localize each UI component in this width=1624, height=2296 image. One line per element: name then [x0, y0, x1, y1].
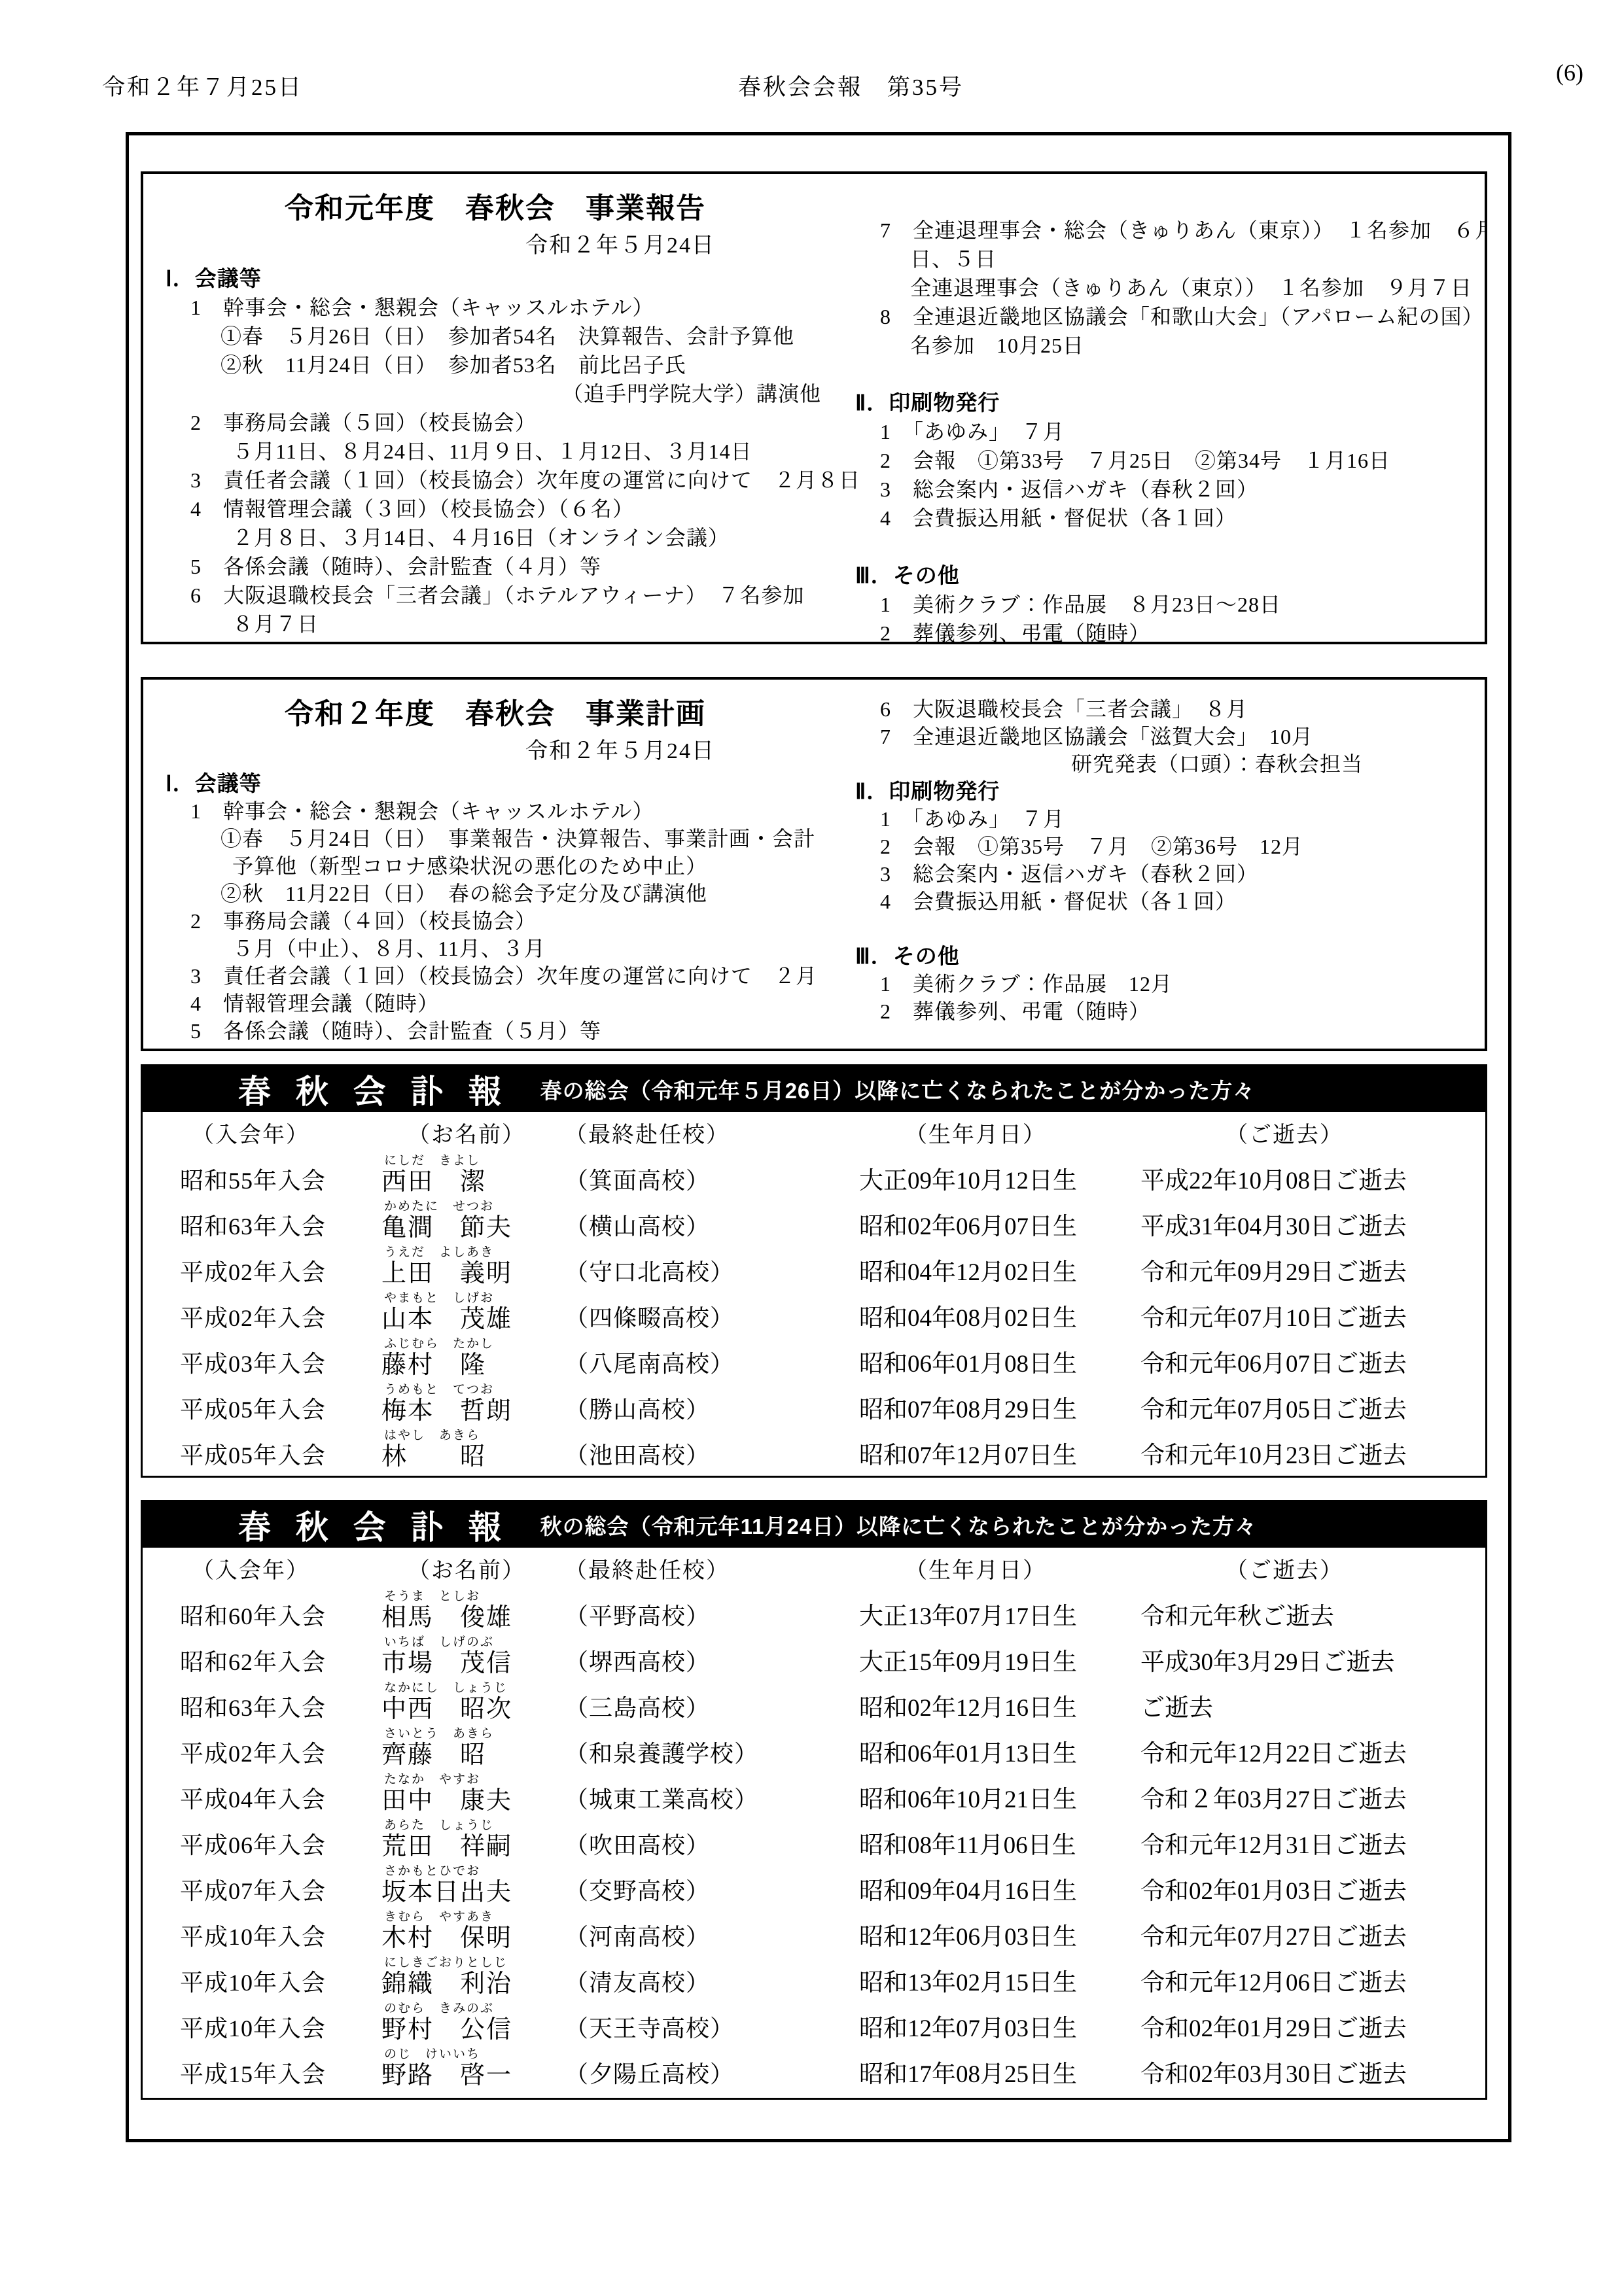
obituary-spring-rows: 昭和55年入会 にしだ きよし 西田 潔 （箕面高校） 大正09年10月12日生… [143, 1153, 1485, 1473]
member-death-date: 令和元年07月10日ご逝去 [1140, 1298, 1485, 1336]
member-name-furigana: さかもとひでお [381, 1864, 565, 1879]
plan-line: 1 美術クラブ：作品展 12月 [855, 970, 1468, 998]
member-join-year: 昭和62年入会 [143, 1644, 381, 1680]
member-death-date: 令和02年01月29日ご逝去 [1140, 2008, 1485, 2046]
report-title: 令和元年度 春秋会 事業報告 [166, 190, 825, 230]
member-last-school: （夕陽丘高校） [565, 2056, 859, 2092]
obituary-row: 平成05年入会 はやし あきら 林 昭 （池田高校） 昭和07年12月07日生 … [143, 1427, 1485, 1473]
member-birth-date: 昭和08年11月06日生 [859, 1825, 1140, 1863]
column-header: （最終赴任校） [565, 1552, 859, 1584]
member-last-school: （池田高校） [565, 1437, 859, 1473]
obituary-row: 昭和63年入会 かめたに せつお 亀澗 節夫 （横山高校） 昭和02年06月07… [143, 1198, 1485, 1244]
business-report-box: 令和元年度 春秋会 事業報告 令和２年５月24日 Ⅰ．会議等 1 幹事会・総会・… [141, 171, 1487, 644]
member-last-school: （四條畷高校） [565, 1300, 859, 1336]
column-header: （ご逝去） [1140, 1117, 1485, 1149]
report-line [855, 360, 1468, 389]
plan-line: Ⅲ．その他 [855, 943, 1468, 970]
report-line: 名参加 10月25日 [855, 331, 1468, 360]
member-last-school: （河南高校） [565, 1919, 859, 1955]
report-line: 全連退理事会（きゅりあん（東京）） １名参加 ９月７日 [855, 273, 1468, 302]
member-last-school: （平野高校） [565, 1598, 859, 1634]
member-last-school: （和泉養護学校） [565, 1735, 859, 1771]
obituary-row: 平成05年入会 うめもと てつお 梅本 哲朗 （勝山高校） 昭和07年08月29… [143, 1382, 1485, 1427]
member-birth-date: 昭和02年12月16日生 [859, 1688, 1140, 1726]
member-name-furigana: のむら きみのぶ [381, 2001, 565, 2016]
plan-line: 1 幹事会・総会・懇親会（キャッスルホテル） [166, 797, 825, 825]
member-join-year: 昭和60年入会 [143, 1598, 381, 1634]
report-line: 7 全連退理事会・総会（きゅりあん（東京）） １名参加 ６月４ [855, 216, 1468, 245]
member-last-school: （城東工業高校） [565, 1781, 859, 1817]
obituary-banner-title: 春 秋 会 訃 報 [238, 1066, 509, 1113]
member-name: 藤村 隆 [381, 1351, 565, 1379]
column-header: （入会年） [143, 1552, 381, 1584]
report-columns: 令和元年度 春秋会 事業報告 令和２年５月24日 Ⅰ．会議等 1 幹事会・総会・… [143, 174, 1485, 644]
obituary-row: 昭和62年入会 いちば しげのぶ 市場 茂信 （堺西高校） 大正15年09月19… [143, 1634, 1485, 1680]
plan-line: 2 葬儀参列、弔電（随時） [855, 998, 1468, 1025]
column-header: （入会年） [143, 1117, 381, 1149]
member-birth-date: 昭和09年04月16日生 [859, 1871, 1140, 1909]
report-left-column: 令和元年度 春秋会 事業報告 令和２年５月24日 Ⅰ．会議等 1 幹事会・総会・… [166, 190, 825, 644]
obituary-banner-title: 春 秋 会 訃 報 [238, 1501, 509, 1548]
member-last-school: （勝山高校） [565, 1391, 859, 1427]
member-name-cell: かめたに せつお 亀澗 節夫 [381, 1199, 565, 1244]
plan-line: 4 情報管理会議（随時） [166, 990, 825, 1017]
report-line: ２月８日、３月14日、４月16日（オンライン会議） [166, 523, 825, 552]
member-birth-date: 昭和07年08月29日生 [859, 1389, 1140, 1427]
member-name-cell: うえだ よしあき 上田 義明 [381, 1245, 565, 1290]
member-death-date: 令和元年07月05日ご逝去 [1140, 1389, 1485, 1427]
member-join-year: 平成05年入会 [143, 1437, 381, 1473]
plan-line: 6 大阪退職校長会「三者会議」 ８月 [855, 695, 1468, 723]
plan-date: 令和２年５月24日 [166, 736, 825, 770]
report-line: 日、５日 [855, 245, 1468, 273]
report-date: 令和２年５月24日 [166, 230, 825, 264]
report-line: 5 各係会議（随時）、会計監査（４月）等 [166, 552, 825, 581]
member-join-year: 平成02年入会 [143, 1300, 381, 1336]
member-join-year: 平成10年入会 [143, 1919, 381, 1955]
member-death-date: 令和02年03月30日ご逝去 [1140, 2054, 1485, 2092]
member-name-cell: うめもと てつお 梅本 哲朗 [381, 1382, 565, 1427]
plan-title: 令和２年度 春秋会 事業計画 [166, 695, 825, 736]
obituary-row: 平成04年入会 たなか やすお 田中 康夫 （城東工業高校） 昭和06年10月2… [143, 1771, 1485, 1817]
member-name-furigana: そうま としお [381, 1589, 565, 1604]
member-name-cell: いちば しげのぶ 市場 茂信 [381, 1635, 565, 1680]
member-name-furigana: ふじむら たかし [381, 1336, 565, 1351]
member-name-cell: のじ けいいち 野路 啓一 [381, 2047, 565, 2092]
member-name-furigana: たなか やすお [381, 1772, 565, 1787]
member-name: 木村 保明 [381, 1924, 565, 1952]
plan-line: 3 責任者会議（１回）（校長協会）次年度の運営に向けて ２月 [166, 962, 825, 990]
report-line: 1 「あゆみ」 ７月 [855, 417, 1468, 446]
report-line: 4 会費振込用紙・督促状（各１回） [855, 504, 1468, 532]
member-death-date: 令和元年12月31日ご逝去 [1140, 1825, 1485, 1863]
newsletter-page: 令和２年７月25日 春秋会会報 第35号 (6) 令和元年度 春秋会 事業報告 … [0, 0, 1624, 2296]
member-name: 中西 昭次 [381, 1696, 565, 1723]
member-name: 山本 茂雄 [381, 1306, 565, 1333]
obituary-autumn-banner: 春 秋 会 訃 報 秋の総会（令和元年11月24日）以降に亡くなられたことが分か… [143, 1502, 1485, 1548]
report-line: ８月７日 [166, 610, 825, 638]
member-join-year: 平成04年入会 [143, 1781, 381, 1817]
issue-date: 令和２年７月25日 [102, 69, 303, 102]
report-line: 2 葬儀参列、弔電（随時） [855, 619, 1468, 644]
member-name-cell: きむら やすあき 木村 保明 [381, 1909, 565, 1955]
obituary-row: 昭和55年入会 にしだ きよし 西田 潔 （箕面高校） 大正09年10月12日生… [143, 1153, 1485, 1198]
report-line: （追手門学院大学）講演他 [166, 379, 825, 408]
member-join-year: 平成05年入会 [143, 1391, 381, 1427]
obituary-row: 平成02年入会 さいとう あきら 齊藤 昭 （和泉養護学校） 昭和06年01月1… [143, 1726, 1485, 1771]
member-birth-date: 昭和07年12月07日生 [859, 1435, 1140, 1473]
obituary-row: 平成07年入会 さかもとひでお 坂本日出夫 （交野高校） 昭和09年04月16日… [143, 1863, 1485, 1909]
member-name-furigana: さいとう あきら [381, 1726, 565, 1741]
member-name-furigana: のじ けいいち [381, 2047, 565, 2062]
column-header: （生年月日） [859, 1117, 1140, 1149]
member-name-cell: にしきごおりとしじ 錦織 利治 [381, 1955, 565, 2000]
member-name: 西田 潔 [381, 1168, 565, 1196]
report-line: 3 総会案内・返信ハガキ（春秋２回） [855, 475, 1468, 504]
obituary-spring-column-headers: （入会年） （お名前） （最終赴任校） （生年月日） （ご逝去） [143, 1112, 1485, 1153]
report-line: Ⅰ．会議等 [166, 264, 825, 293]
member-join-year: 平成10年入会 [143, 1964, 381, 2000]
member-death-date: 令和元年10月23日ご逝去 [1140, 1435, 1485, 1473]
member-join-year: 昭和55年入会 [143, 1162, 381, 1198]
member-death-date: 平成30年3月29日ご逝去 [1140, 1642, 1485, 1680]
report-line [855, 532, 1468, 561]
member-name-furigana: にしだ きよし [381, 1153, 565, 1168]
member-name: 市場 茂信 [381, 1650, 565, 1677]
member-name-furigana: にしきごおりとしじ [381, 1955, 565, 1970]
obituary-spring-banner: 春 秋 会 訃 報 春の総会（令和元年５月26日）以降に亡くなられたことが分かっ… [143, 1066, 1485, 1112]
plan-line: 研究発表（口頭）：春秋会担当 [855, 750, 1468, 778]
obituary-banner-subtitle: 春の総会（令和元年５月26日）以降に亡くなられたことが分かった方々 [540, 1074, 1256, 1105]
member-join-year: 平成02年入会 [143, 1735, 381, 1771]
member-death-date: 令和02年01月03日ご逝去 [1140, 1871, 1485, 1909]
obituary-row: 平成10年入会 にしきごおりとしじ 錦織 利治 （清友高校） 昭和13年02月1… [143, 1955, 1485, 2000]
member-last-school: （箕面高校） [565, 1162, 859, 1198]
member-name-cell: さかもとひでお 坂本日出夫 [381, 1864, 565, 1909]
obituary-row: 平成06年入会 あらた しょうじ 荒田 祥嗣 （吹田高校） 昭和08年11月06… [143, 1817, 1485, 1863]
member-name-furigana: きむら やすあき [381, 1909, 565, 1924]
member-name-furigana: なかにし しょうじ [381, 1680, 565, 1696]
member-join-year: 平成02年入会 [143, 1254, 381, 1290]
member-name: 野村 公信 [381, 2016, 565, 2044]
plan-line: Ⅱ．印刷物発行 [855, 778, 1468, 805]
member-join-year: 昭和63年入会 [143, 1208, 381, 1244]
member-birth-date: 大正13年07月17日生 [859, 1596, 1140, 1634]
report-line: Ⅱ．印刷物発行 [855, 389, 1468, 417]
member-name: 亀澗 節夫 [381, 1214, 565, 1242]
obituary-banner-subtitle: 秋の総会（令和元年11月24日）以降に亡くなられたことが分かった方々 [540, 1510, 1258, 1540]
member-name-cell: にしだ きよし 西田 潔 [381, 1153, 565, 1198]
member-last-school: （横山高校） [565, 1208, 859, 1244]
report-line: 2 会報 ①第33号 ７月25日 ②第34号 １月16日 [855, 446, 1468, 475]
plan-line: Ⅰ．会議等 [166, 770, 825, 797]
member-birth-date: 昭和02年06月07日生 [859, 1206, 1140, 1244]
obituary-autumn-section: 春 秋 会 訃 報 秋の総会（令和元年11月24日）以降に亡くなられたことが分か… [141, 1500, 1487, 2100]
member-name-furigana: うめもと てつお [381, 1382, 565, 1397]
plan-right-column: 6 大阪退職校長会「三者会議」 ８月 7 全連退近畿地区協議会「滋賀大会」 10… [855, 695, 1468, 1045]
plan-line [855, 915, 1468, 943]
column-header: （ご逝去） [1140, 1552, 1485, 1584]
report-line: ５月11日、８月24日、11月９日、１月12日、３月14日 [166, 437, 825, 466]
member-birth-date: 昭和06年01月13日生 [859, 1733, 1140, 1771]
obituary-row: 平成10年入会 きむら やすあき 木村 保明 （河南高校） 昭和12年06月03… [143, 1909, 1485, 1955]
column-header: （最終赴任校） [565, 1117, 859, 1149]
member-birth-date: 昭和12年06月03日生 [859, 1917, 1140, 1955]
report-right-column: 7 全連退理事会・総会（きゅりあん（東京）） １名参加 ６月４ 日、５日 全連退… [855, 190, 1468, 644]
member-name: 荒田 祥嗣 [381, 1833, 565, 1860]
report-line: 3 責任者会議（１回）（校長協会）次年度の運営に向けて ２月８日 [166, 466, 825, 495]
member-last-school: （守口北高校） [565, 1254, 859, 1290]
member-birth-date: 昭和17年08月25日生 [859, 2054, 1140, 2092]
member-name-furigana: あらた しょうじ [381, 1818, 565, 1833]
member-name: 梅本 哲朗 [381, 1397, 565, 1425]
report-line: 8 全連退近畿地区協議会「和歌山大会」（アパローム紀の国） ６ [855, 302, 1468, 331]
member-name: 相馬 俊雄 [381, 1604, 565, 1631]
member-last-school: （堺西高校） [565, 1644, 859, 1680]
member-name-furigana: はやし あきら [381, 1428, 565, 1443]
member-last-school: （吹田高校） [565, 1827, 859, 1863]
obituary-row: 平成03年入会 ふじむら たかし 藤村 隆 （八尾南高校） 昭和06年01月08… [143, 1336, 1485, 1382]
member-birth-date: 昭和04年12月02日生 [859, 1252, 1140, 1290]
member-join-year: 昭和63年入会 [143, 1690, 381, 1726]
member-name-furigana: やまもと しげお [381, 1291, 565, 1306]
report-line: 4 情報管理会議（３回）（校長協会）（６名） [166, 495, 825, 523]
member-birth-date: 昭和06年10月21日生 [859, 1779, 1140, 1817]
member-death-date: 令和元年06月07日ご逝去 [1140, 1344, 1485, 1382]
plan-line: 1 「あゆみ」 ７月 [855, 805, 1468, 833]
member-name: 上田 義明 [381, 1260, 565, 1287]
plan-line: 5 各係会議（随時）、会計監査（５月）等 [166, 1017, 825, 1045]
report-line: ②秋 11月24日（日） 参加者53名 前比呂子氏 [166, 351, 825, 379]
member-name-cell: はやし あきら 林 昭 [381, 1428, 565, 1473]
member-name-cell: あらた しょうじ 荒田 祥嗣 [381, 1818, 565, 1863]
column-header: （生年月日） [859, 1552, 1140, 1584]
member-name: 林 昭 [381, 1443, 565, 1470]
member-name-cell: やまもと しげお 山本 茂雄 [381, 1291, 565, 1336]
member-death-date: 令和元年09月29日ご逝去 [1140, 1252, 1485, 1290]
member-name: 坂本日出夫 [381, 1879, 565, 1906]
report-line: 2 事務局会議（５回）（校長協会） [166, 408, 825, 437]
plan-columns: 令和２年度 春秋会 事業計画 令和２年５月24日 Ⅰ．会議等 1 幹事会・総会・… [143, 680, 1485, 1045]
report-line: 1 美術クラブ：作品展 ８月23日～28日 [855, 590, 1468, 619]
page-number: (6) [1556, 59, 1583, 86]
member-last-school: （交野高校） [565, 1873, 859, 1909]
report-line: 1 幹事会・総会・懇親会（キャッスルホテル） [166, 293, 825, 322]
report-line: Ⅲ．その他 [855, 561, 1468, 590]
member-birth-date: 昭和04年08月02日生 [859, 1298, 1140, 1336]
plan-line: 2 会報 ①第35号 ７月 ②第36号 12月 [855, 833, 1468, 860]
member-join-year: 平成03年入会 [143, 1346, 381, 1382]
member-death-date: 令和元年12月22日ご逝去 [1140, 1733, 1485, 1771]
newsletter-title: 春秋会会報 第35号 [738, 69, 964, 102]
report-line: 6 大阪退職校長会「三者会議」（ホテルアウィーナ） ７名参加 [166, 581, 825, 610]
plan-line: 4 会費振込用紙・督促状（各１回） [855, 888, 1468, 915]
member-join-year: 平成06年入会 [143, 1827, 381, 1863]
plan-line: ②秋 11月22日（日） 春の総会予定分及び講演他 [166, 880, 825, 907]
member-name-cell: なかにし しょうじ 中西 昭次 [381, 1680, 565, 1726]
member-name: 錦織 利治 [381, 1970, 565, 1998]
business-plan-box: 令和２年度 春秋会 事業計画 令和２年５月24日 Ⅰ．会議等 1 幹事会・総会・… [141, 677, 1487, 1051]
member-birth-date: 昭和12年07月03日生 [859, 2008, 1140, 2046]
plan-line: 予算他（新型コロナ感染状況の悪化のため中止） [166, 852, 825, 880]
outer-frame: 令和元年度 春秋会 事業報告 令和２年５月24日 Ⅰ．会議等 1 幹事会・総会・… [126, 132, 1511, 2142]
column-header: （お名前） [381, 1552, 565, 1584]
obituary-row: 平成15年入会 のじ けいいち 野路 啓一 （夕陽丘高校） 昭和17年08月25… [143, 2046, 1485, 2092]
member-name-furigana: いちば しげのぶ [381, 1635, 565, 1650]
column-header: （お名前） [381, 1117, 565, 1149]
member-name-cell: さいとう あきら 齊藤 昭 [381, 1726, 565, 1771]
member-join-year: 平成10年入会 [143, 2010, 381, 2046]
obituary-autumn-rows: 昭和60年入会 そうま としお 相馬 俊雄 （平野高校） 大正13年07月17日… [143, 1588, 1485, 2092]
member-name-furigana: かめたに せつお [381, 1199, 565, 1214]
plan-left-column: 令和２年度 春秋会 事業計画 令和２年５月24日 Ⅰ．会議等 1 幹事会・総会・… [166, 695, 825, 1045]
member-join-year: 平成15年入会 [143, 2056, 381, 2092]
page-header: 令和２年７月25日 春秋会会報 第35号 (6) [0, 69, 1624, 109]
member-name-cell: そうま としお 相馬 俊雄 [381, 1589, 565, 1634]
member-birth-date: 昭和13年02月15日生 [859, 1962, 1140, 2000]
member-name-cell: たなか やすお 田中 康夫 [381, 1772, 565, 1817]
report-line: ①春 ５月26日（日） 参加者54名 決算報告、会計予算他 [166, 322, 825, 351]
obituary-row: 平成10年入会 のむら きみのぶ 野村 公信 （天王寺高校） 昭和12年07月0… [143, 2000, 1485, 2046]
obituary-autumn-column-headers: （入会年） （お名前） （最終赴任校） （生年月日） （ご逝去） [143, 1548, 1485, 1588]
member-last-school: （天王寺高校） [565, 2010, 859, 2046]
member-death-date: 令和元年07月27日ご逝去 [1140, 1917, 1485, 1955]
member-birth-date: 大正15年09月19日生 [859, 1642, 1140, 1680]
plan-line: 7 全連退近畿地区協議会「滋賀大会」 10月 [855, 723, 1468, 750]
obituary-row: 昭和63年入会 なかにし しょうじ 中西 昭次 （三島高校） 昭和02年12月1… [143, 1680, 1485, 1726]
member-death-date: 令和２年03月27日ご逝去 [1140, 1779, 1485, 1817]
member-death-date: 平成22年10月08日ご逝去 [1140, 1160, 1485, 1198]
member-birth-date: 大正09年10月12日生 [859, 1160, 1140, 1198]
obituary-row: 平成02年入会 やまもと しげお 山本 茂雄 （四條畷高校） 昭和04年08月0… [143, 1290, 1485, 1336]
plan-line: ①春 ５月24日（日） 事業報告・決算報告、事業計画・会計 [166, 825, 825, 852]
member-name-cell: のむら きみのぶ 野村 公信 [381, 2001, 565, 2046]
member-join-year: 平成07年入会 [143, 1873, 381, 1909]
member-last-school: （八尾南高校） [565, 1346, 859, 1382]
plan-line: 3 総会案内・返信ハガキ（春秋２回） [855, 860, 1468, 888]
member-name: 野路 啓一 [381, 2062, 565, 2089]
obituary-spring-section: 春 秋 会 訃 報 春の総会（令和元年５月26日）以降に亡くなられたことが分かっ… [141, 1064, 1487, 1478]
member-death-date: 平成31年04月30日ご逝去 [1140, 1206, 1485, 1244]
member-name: 齊藤 昭 [381, 1741, 565, 1769]
member-name-furigana: うえだ よしあき [381, 1245, 565, 1260]
plan-line: 2 事務局会議（４回）（校長協会） [166, 907, 825, 935]
obituary-row: 平成02年入会 うえだ よしあき 上田 義明 （守口北高校） 昭和04年12月0… [143, 1244, 1485, 1290]
member-last-school: （清友高校） [565, 1964, 859, 2000]
obituary-row: 昭和60年入会 そうま としお 相馬 俊雄 （平野高校） 大正13年07月17日… [143, 1588, 1485, 1634]
member-death-date: 令和元年秋ご逝去 [1140, 1596, 1485, 1634]
member-death-date: ご逝去 [1140, 1688, 1485, 1726]
member-last-school: （三島高校） [565, 1690, 859, 1726]
member-birth-date: 昭和06年01月08日生 [859, 1344, 1140, 1382]
member-name: 田中 康夫 [381, 1787, 565, 1815]
member-name-cell: ふじむら たかし 藤村 隆 [381, 1336, 565, 1382]
plan-line: ５月（中止）、８月、11月、３月 [166, 935, 825, 962]
member-death-date: 令和元年12月06日ご逝去 [1140, 1962, 1485, 2000]
